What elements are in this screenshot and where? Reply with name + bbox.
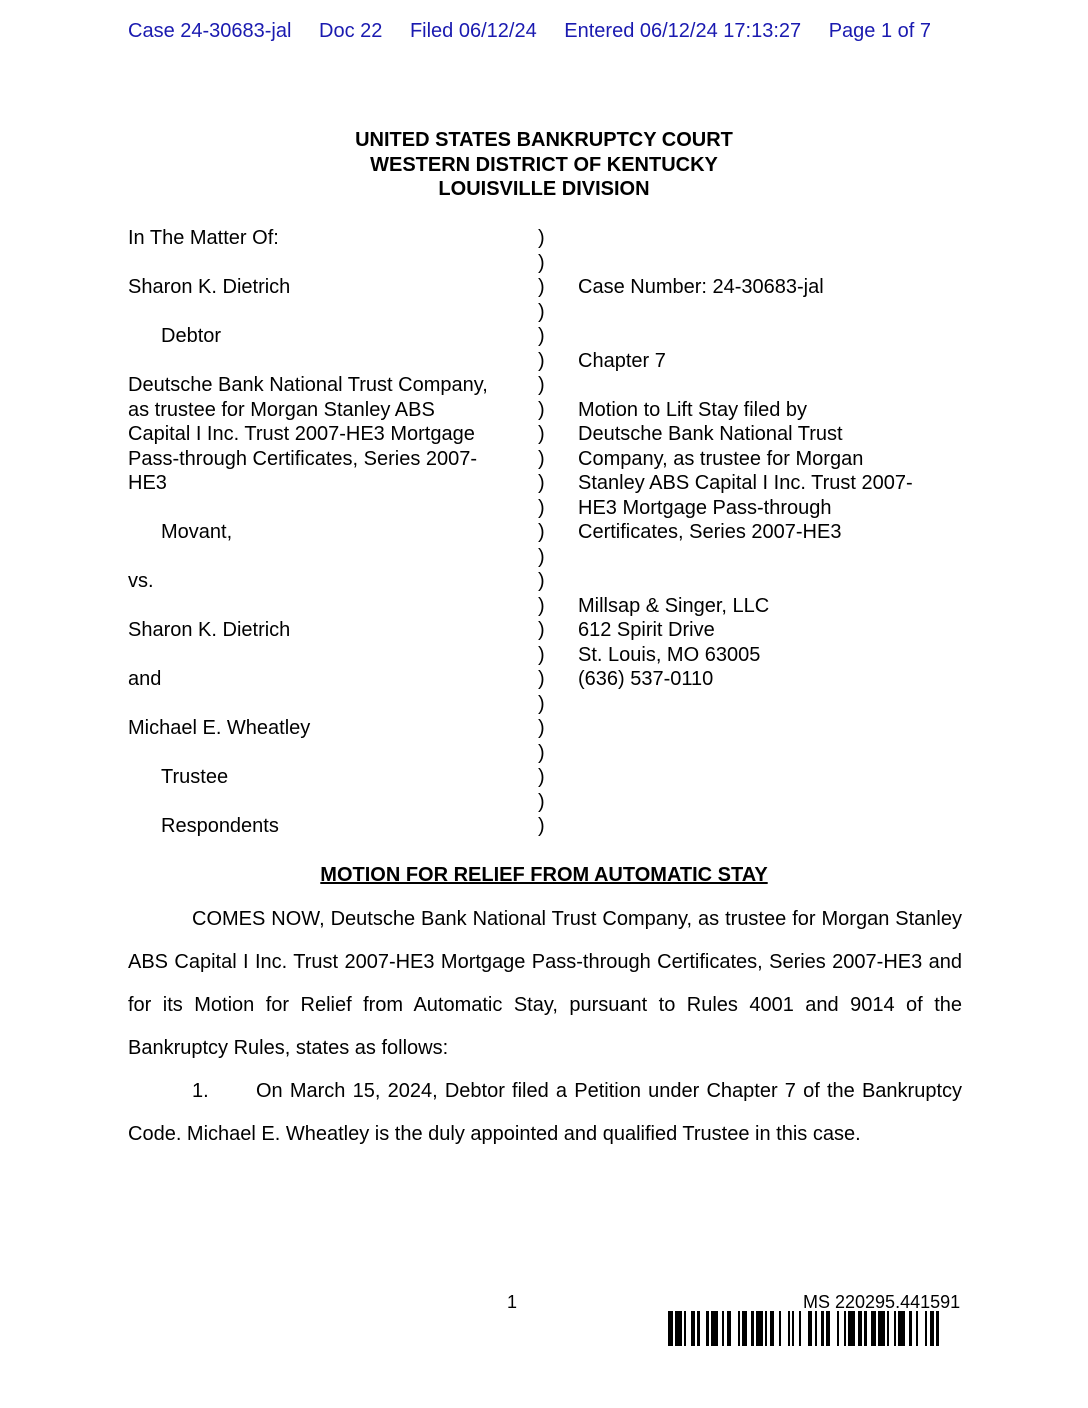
ecf-header: Case 24-30683-jal Doc 22 Filed 06/12/24 … [128,20,968,43]
caption-left: HE3 [128,471,167,496]
caption-left: Sharon K. Dietrich [128,618,290,643]
caption-paren: ) [538,471,545,496]
motion-title: MOTION FOR RELIEF FROM AUTOMATIC STAY [0,864,1088,887]
caption-left: In The Matter Of: [128,226,279,251]
header-doc: Doc 22 [319,20,382,42]
caption-paren: ) [538,643,545,668]
caption-left: Debtor [128,324,221,349]
caption-paren: ) [538,398,545,423]
caption-right: (636) 537-0110 [578,667,713,692]
header-entered: Entered 06/12/24 17:13:27 [564,20,801,42]
court-district: WESTERN DISTRICT OF KENTUCKY [0,153,1088,178]
caption-paren: ) [538,422,545,447]
court-division: LOUISVILLE DIVISION [0,177,1088,202]
header-page: Page 1 of 7 [829,20,931,42]
caption-paren: ) [538,251,545,276]
barcode [668,1311,944,1346]
caption-left: Sharon K. Dietrich [128,275,290,300]
caption-paren: ) [538,618,545,643]
caption-right: HE3 Mortgage Pass-through [578,496,831,521]
caption-left: Michael E. Wheatley [128,716,310,741]
caption-paren: ) [538,667,545,692]
ms-number: MS 220295.441591 [803,1292,960,1313]
caption-left: Pass-through Certificates, Series 2007- [128,447,477,472]
paragraph-number: 1. [192,1070,256,1113]
caption-right: Certificates, Series 2007-HE3 [578,520,841,545]
caption-paren: ) [538,692,545,717]
caption-paren: ) [538,373,545,398]
caption-paren: ) [538,569,545,594]
caption-paren: ) [538,226,545,251]
caption-paren: ) [538,741,545,766]
caption-right: 612 Spirit Drive [578,618,715,643]
paragraph-1: 1.On March 15, 2024, Debtor filed a Peti… [128,1070,962,1156]
caption-paren: ) [538,349,545,374]
caption-left: as trustee for Morgan Stanley ABS [128,398,435,423]
caption-paren: ) [538,520,545,545]
caption-paren: ) [538,496,545,521]
caption-right: Case Number: 24-30683-jal [578,275,824,300]
caption-right: Stanley ABS Capital I Inc. Trust 2007- [578,471,913,496]
caption-right: St. Louis, MO 63005 [578,643,760,668]
court-title: UNITED STATES BANKRUPTCY COURT WESTERN D… [0,128,1088,202]
page-number: 1 [507,1292,517,1313]
caption-left: Capital I Inc. Trust 2007-HE3 Mortgage [128,422,475,447]
caption-left: Movant, [128,520,232,545]
caption-left: Respondents [128,814,279,839]
caption-paren: ) [538,275,545,300]
caption-left: Deutsche Bank National Trust Company, [128,373,488,398]
caption-right: Motion to Lift Stay filed by [578,398,807,423]
caption-left: vs. [128,569,154,594]
caption-paren: ) [538,447,545,472]
caption-paren: ) [538,545,545,570]
header-filed: Filed 06/12/24 [410,20,537,42]
caption-paren: ) [538,594,545,619]
caption-right: Deutsche Bank National Trust [578,422,843,447]
caption-paren: ) [538,765,545,790]
caption-paren: ) [538,716,545,741]
caption-paren: ) [538,790,545,815]
motion-body: COMES NOW, Deutsche Bank National Trust … [128,898,962,1156]
caption-right: Millsap & Singer, LLC [578,594,769,619]
header-case: Case 24-30683-jal [128,20,291,42]
court-name: UNITED STATES BANKRUPTCY COURT [0,128,1088,153]
caption-right: Chapter 7 [578,349,666,374]
caption-right: Company, as trustee for Morgan [578,447,863,472]
caption-paren: ) [538,324,545,349]
caption-paren: ) [538,300,545,325]
intro-paragraph: COMES NOW, Deutsche Bank National Trust … [128,898,962,1070]
caption-paren: ) [538,814,545,839]
caption-left: Trustee [128,765,228,790]
caption-left: and [128,667,161,692]
